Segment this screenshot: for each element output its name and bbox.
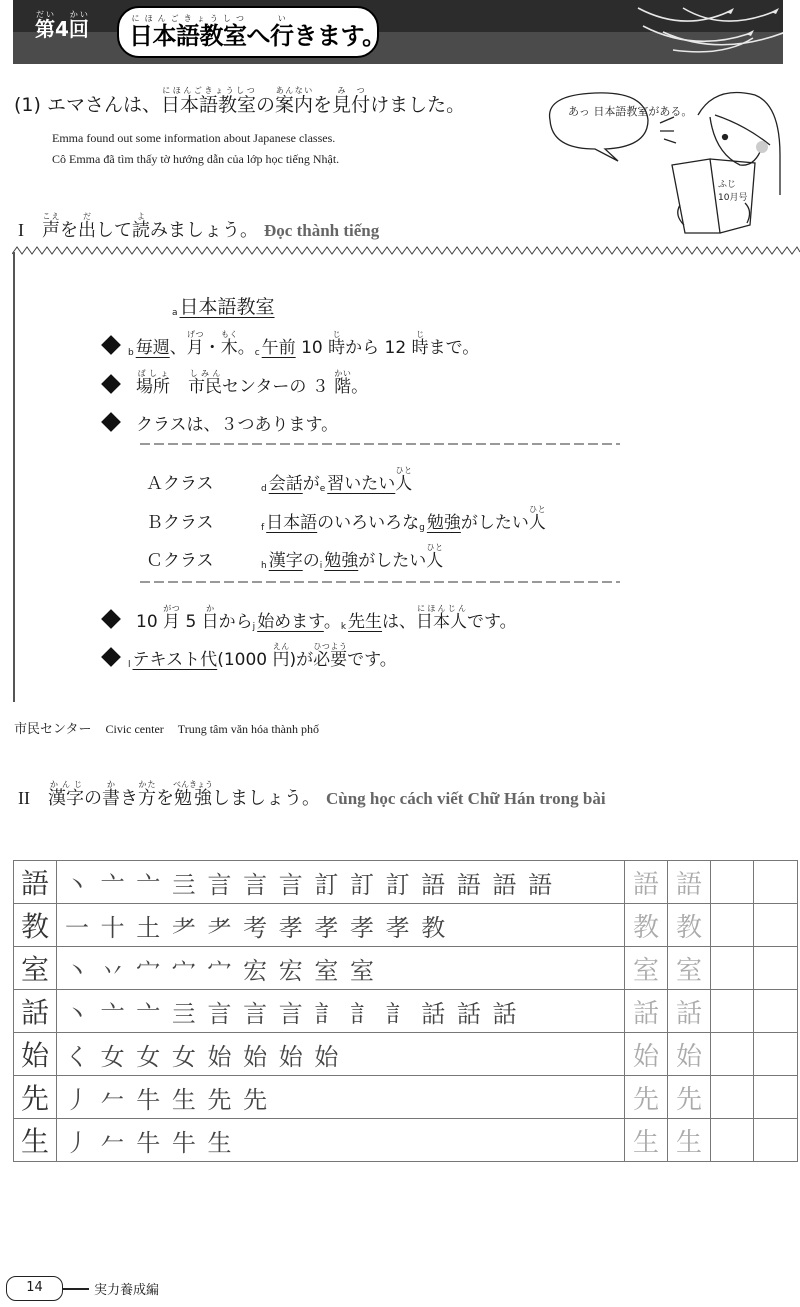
lesson-number: 第だい4回かい	[35, 10, 89, 42]
svg-text:ふじ: ふじ	[718, 179, 736, 190]
kanji-character: 室	[14, 947, 57, 990]
kanji-row: 先 丿 𠂉 牛 生 先 先 先 先	[14, 1076, 798, 1119]
practice-cell[interactable]	[711, 947, 754, 990]
notice-left-border	[13, 252, 15, 702]
kanji-row: 話 丶 亠 亠 亖 言 言 言 訁 訁 訁 話 話 話 話 話	[14, 990, 798, 1033]
trace-cell[interactable]: 語	[625, 861, 668, 904]
trace-cell[interactable]: 話	[668, 990, 711, 1033]
notice-title: a日本語教室	[172, 292, 275, 319]
vietnamese-translation: Cô Emma đã tìm thấy tờ hướng dẫn của lớp…	[52, 152, 339, 167]
stroke-order: く 女 女 女 始 始 始 始	[57, 1033, 625, 1076]
stroke-order: 一 十 土 耂 耂 考 孝 孝 孝 孝 教	[57, 904, 625, 947]
kanji-character: 語	[14, 861, 57, 904]
practice-cell[interactable]	[754, 861, 798, 904]
section-I-heading: I声こえを出だして読よみましょう。Đọc thành tiếng	[18, 212, 379, 242]
trace-cell[interactable]: 先	[625, 1076, 668, 1119]
practice-cell[interactable]	[754, 1119, 798, 1162]
kanji-character: 先	[14, 1076, 57, 1119]
section-II-heading: II漢字かんじの書かき方かたを勉強べんきょうしましょう。Cùng học các…	[18, 780, 606, 810]
kanji-character: 話	[14, 990, 57, 1033]
notice-line-classes: クラスは、３つあります。	[104, 410, 338, 435]
notice-line-location: 場所ばしょ市民しみんセンターの ３ 階かい。	[104, 369, 368, 397]
kanji-row: 室 丶 丷 宀 宀 宀 宏 宏 室 室 室 室	[14, 947, 798, 990]
practice-cell[interactable]	[754, 1033, 798, 1076]
trace-cell[interactable]: 教	[668, 904, 711, 947]
stroke-order: 丶 丷 宀 宀 宀 宏 宏 室 室	[57, 947, 625, 990]
vocabulary-footnote: 市民センターCivic centerTrung tâm văn hóa thàn…	[14, 718, 319, 737]
english-translation: Emma found out some information about Ja…	[52, 131, 335, 146]
notice-line-textbook: lテキスト代(1000 円えん)が必要ひつようです。	[104, 642, 397, 670]
practice-cell[interactable]	[711, 1119, 754, 1162]
notice-line-schedule: b毎週、月げつ・木もく。c午前 10 時じから 12 時じまで。	[104, 330, 479, 358]
trace-cell[interactable]: 生	[625, 1119, 668, 1162]
practice-cell[interactable]	[711, 861, 754, 904]
svg-text:10月号: 10月号	[718, 192, 747, 203]
kanji-row: 語 丶 亠 亠 亖 言 言 言 訂 訂 訂 語 語 語 語 語 語	[14, 861, 798, 904]
stroke-order: 丶 亠 亠 亖 言 言 言 訁 訁 訁 話 話 話	[57, 990, 625, 1033]
diamond-bullet-icon	[101, 335, 121, 355]
class-row-c: Ｃクラスh漢字のi勉強がしたい人ひと	[146, 543, 443, 571]
kanji-practice-table: 語 丶 亠 亠 亖 言 言 言 訂 訂 訂 語 語 語 語 語 語 教 一 十 …	[13, 860, 798, 1162]
kanji-character: 生	[14, 1119, 57, 1162]
diamond-bullet-icon	[101, 374, 121, 394]
practice-cell[interactable]	[754, 1076, 798, 1119]
dashed-divider	[140, 441, 620, 447]
practice-cell[interactable]	[754, 947, 798, 990]
diamond-bullet-icon	[101, 412, 121, 432]
kanji-character: 始	[14, 1033, 57, 1076]
lesson-title: 日本語教室にほんごきょうしつへ行いきます。	[129, 14, 386, 51]
svg-text:あっ 日本語教室がある。: あっ 日本語教室がある。	[568, 104, 692, 118]
practice-cell[interactable]	[711, 1033, 754, 1076]
dashed-divider	[140, 579, 620, 585]
airplanes-decoration-icon	[623, 2, 783, 62]
stroke-order: 丿 𠂉 牛 生 先 先	[57, 1076, 625, 1119]
stroke-order: 丶 亠 亠 亖 言 言 言 訂 訂 訂 語 語 語 語	[57, 861, 625, 904]
trace-cell[interactable]: 室	[625, 947, 668, 990]
zigzag-border	[12, 244, 800, 258]
book-part-label: 実力養成編	[94, 1279, 159, 1298]
trace-cell[interactable]: 教	[625, 904, 668, 947]
question-1-heading: (1) エマさんは、日本語教室にほんごきょうしつの案内あんないを見み付つけました…	[14, 86, 465, 117]
stroke-order: 丿 𠂉 牛 牛 生	[57, 1119, 625, 1162]
trace-cell[interactable]: 室	[668, 947, 711, 990]
diamond-bullet-icon	[101, 609, 121, 629]
kanji-character: 教	[14, 904, 57, 947]
trace-cell[interactable]: 始	[668, 1033, 711, 1076]
practice-cell[interactable]	[754, 990, 798, 1033]
kanji-row: 始 く 女 女 女 始 始 始 始 始 始	[14, 1033, 798, 1076]
trace-cell[interactable]: 始	[625, 1033, 668, 1076]
class-row-b: Ｂクラスf日本語のいろいろなg勉強がしたい人ひと	[146, 505, 546, 533]
lesson-header-banner: 第だい4回かい 日本語教室にほんごきょうしつへ行いきます。	[13, 0, 783, 64]
kanji-row: 生 丿 𠂉 牛 牛 生 生 生	[14, 1119, 798, 1162]
practice-cell[interactable]	[711, 990, 754, 1033]
diamond-bullet-icon	[101, 647, 121, 667]
practice-cell[interactable]	[711, 1076, 754, 1119]
page-number: 14	[6, 1276, 63, 1301]
trace-cell[interactable]: 先	[668, 1076, 711, 1119]
practice-cell[interactable]	[754, 904, 798, 947]
kanji-row: 教 一 十 土 耂 耂 考 孝 孝 孝 孝 教 教 教	[14, 904, 798, 947]
trace-cell[interactable]: 生	[668, 1119, 711, 1162]
class-row-a: Ａクラスd会話がe習いたい人ひと	[146, 466, 412, 494]
notice-line-start-date: 10 月がつ 5 日かからj始めます。k先生は、日本人にほんじんです。	[104, 604, 517, 632]
practice-cell[interactable]	[711, 904, 754, 947]
trace-cell[interactable]: 語	[668, 861, 711, 904]
emma-reading-magazine-illustration: あっ 日本語教室がある。 ふじ 10月号	[540, 75, 785, 235]
footer-connector-line	[63, 1288, 89, 1290]
trace-cell[interactable]: 話	[625, 990, 668, 1033]
